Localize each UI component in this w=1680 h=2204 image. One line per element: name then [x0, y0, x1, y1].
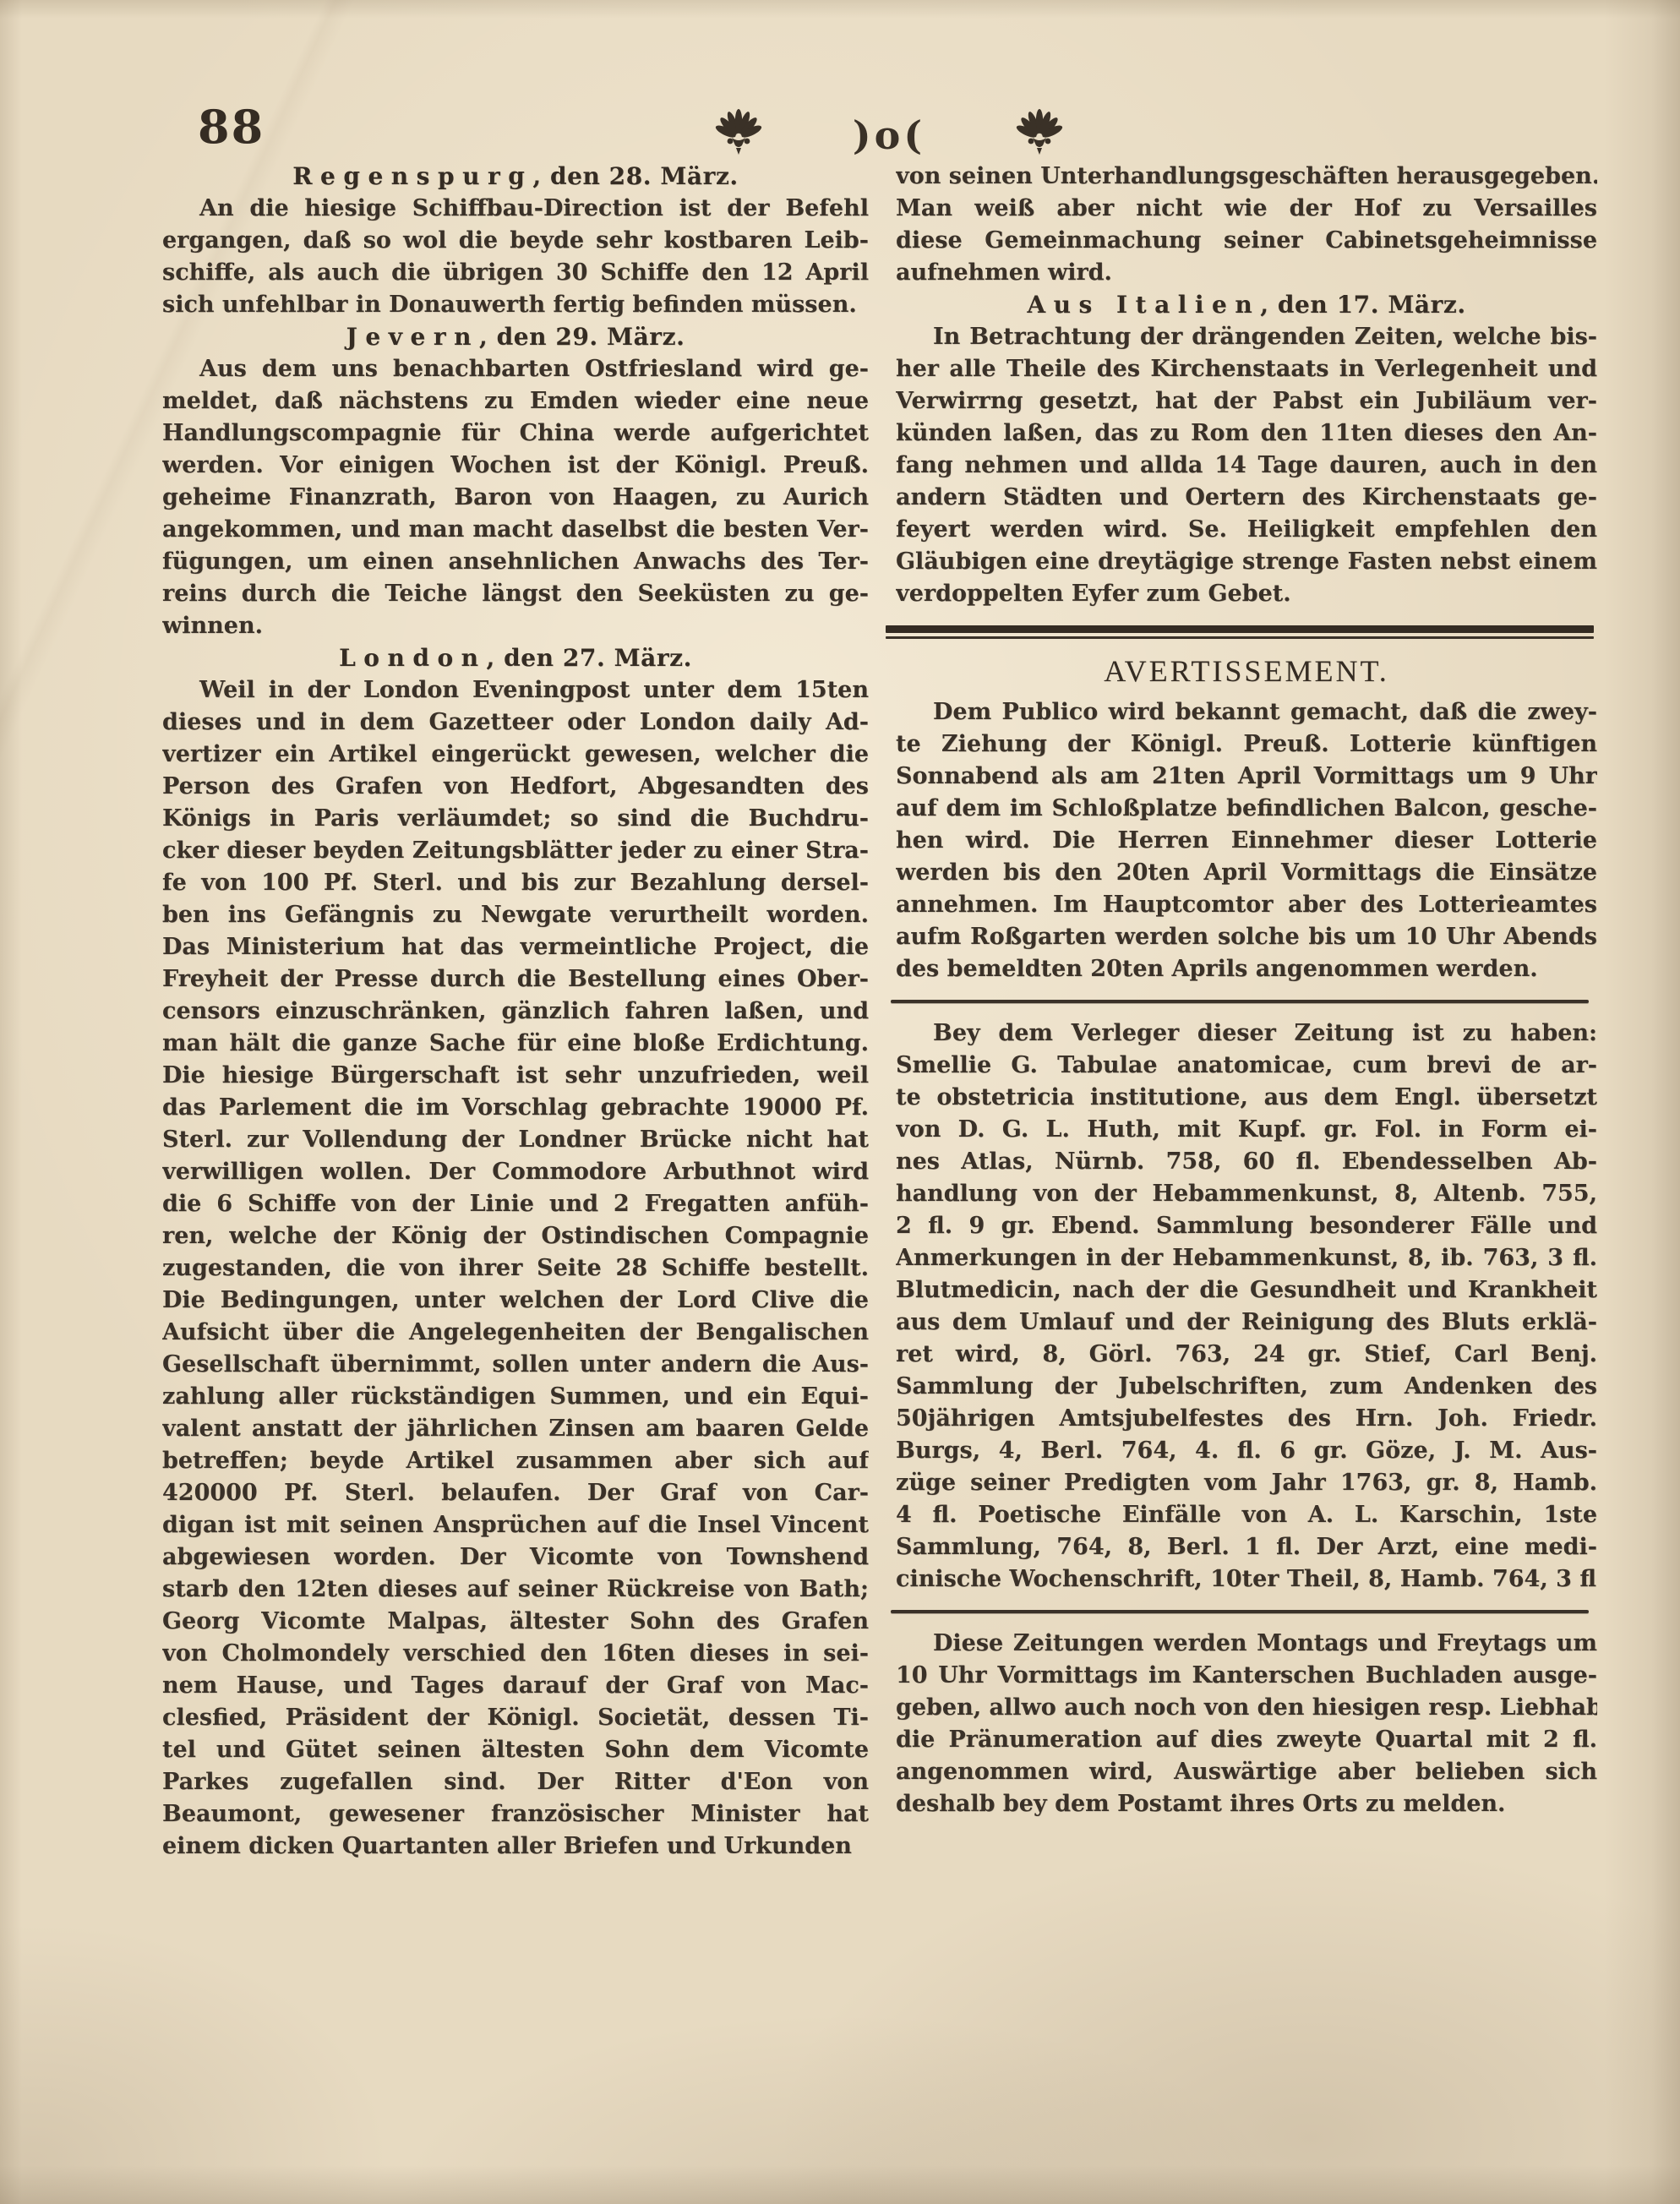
text-line: 50jährigen Amtsjubelfestes des Hrn. Joh.… — [896, 1403, 1597, 1435]
text-line: Königs in Paris verläumdet; so sind die … — [162, 803, 869, 835]
dateline-place: Aus Italien — [1027, 291, 1260, 319]
dateline: Jevern, den 29. März. — [162, 321, 869, 353]
dateline-rest: , den 17. März. — [1260, 291, 1465, 319]
page-number: 88 — [198, 100, 265, 154]
text-line: Handlungscompagnie für China werde aufge… — [162, 417, 869, 450]
text-line: auf dem im Schloßplatze befindlichen Bal… — [896, 793, 1597, 825]
text-line: valent anstatt der jährlichen Zinsen am … — [162, 1413, 869, 1445]
text-line: hen wird. Die Herren Einnehmer dieser Lo… — [896, 825, 1597, 857]
text-line: abgewiesen worden. Der Vicomte von Towns… — [162, 1541, 869, 1574]
text-line: 420000 Pf. Sterl. belaufen. Der Graf von… — [162, 1477, 869, 1509]
text-line: Dem Publico wird bekannt gemacht, daß di… — [896, 696, 1597, 728]
paragraph: Diese Zeitungen werden Montags und Freyt… — [896, 1628, 1597, 1820]
double-rule-thick-bar — [886, 625, 1594, 633]
text-line: zugestanden, die von ihrer Seite 28 Schi… — [162, 1252, 869, 1285]
text-line: cker dieser beyden Zeitungsblätter jeder… — [162, 835, 869, 867]
text-line: Die Bedingungen, unter welchen der Lord … — [162, 1285, 869, 1317]
text-line: In Betrachtung der drängenden Zeiten, we… — [896, 321, 1597, 353]
text-line: meldet, daß nächstens zu Emden wieder ei… — [162, 385, 869, 417]
text-line: Parkes zugefallen sind. Der Ritter d'Eon… — [162, 1766, 869, 1798]
text-line: werden. Vor einigen Wochen ist der König… — [162, 450, 869, 482]
right-column: von seinen Unterhandlungsgeschäften hera… — [896, 161, 1597, 1820]
section-rule — [891, 1000, 1589, 1003]
text-line: Verwirrng gesetzt, hat der Pabst ein Jub… — [896, 385, 1597, 417]
text-line: censors einzuschränken, gänzlich fahren … — [162, 996, 869, 1028]
text-line: von D. G. L. Huth, mit Kupf. gr. Fol. in… — [896, 1114, 1597, 1146]
text-line: deshalb bey dem Postamt ihres Orts zu me… — [896, 1788, 1597, 1820]
text-line: Sonnabend als am 21ten April Vormittags … — [896, 761, 1597, 793]
text-line: An die hiesige Schiffbau-Direction ist d… — [162, 193, 869, 225]
text-line: Die hiesige Bürgerschaft ist sehr unzufr… — [162, 1060, 869, 1092]
text-line: zahlung aller rückständigen Summen, und … — [162, 1381, 869, 1413]
paragraph: von seinen Unterhandlungsgeschäften hera… — [896, 161, 1597, 289]
text-line: Person des Grafen von Hedfort, Abgesandt… — [162, 771, 869, 803]
text-line: Burgs, 4, Berl. 764, 4. fl. 6 gr. Göze, … — [896, 1435, 1597, 1467]
dateline-place: Jevern — [346, 323, 479, 351]
text-line: das Parlement die im Vorschlag gebrachte… — [162, 1092, 869, 1124]
shell-ornament-icon — [1016, 107, 1063, 160]
text-line: von Cholmondely verschied den 16ten dies… — [162, 1638, 869, 1670]
text-line: sich unfehlbar in Donauwerth fertig befi… — [162, 289, 869, 321]
text-line: clesfied, Präsident der Königl. Societät… — [162, 1702, 869, 1734]
dateline: London, den 27. März. — [162, 642, 869, 674]
text-line: handlung von der Hebammenkunst, 8, Alten… — [896, 1178, 1597, 1210]
dateline-rest: , den 29. März. — [479, 323, 685, 351]
dateline-place: Regenspurg — [292, 162, 532, 190]
text-line: 2 fl. 9 gr. Ebend. Sammlung besonderer F… — [896, 1210, 1597, 1242]
text-line: verdoppelten Eyfer zum Gebet. — [896, 578, 1597, 610]
paragraph: An die hiesige Schiffbau-Direction ist d… — [162, 193, 869, 321]
text-line: Diese Zeitungen werden Montags und Freyt… — [896, 1628, 1597, 1660]
section-rule — [891, 1610, 1589, 1613]
text-line: aus dem Umlauf und der Reinigung des Blu… — [896, 1307, 1597, 1339]
text-line: Georg Vicomte Malpas, ältester Sohn des … — [162, 1606, 869, 1638]
header-center-mark: )o( — [853, 112, 925, 158]
paragraph: In Betrachtung der drängenden Zeiten, we… — [896, 321, 1597, 610]
double-rule-thin-bar — [886, 636, 1594, 639]
text-line: aufnehmen wird. — [896, 257, 1597, 289]
text-line: nem Hause, und Tages darauf der Graf von… — [162, 1670, 869, 1702]
advertisement-title: AVERTISSEMENT. — [896, 651, 1597, 691]
text-line: ret wird, 8, Görl. 763, 24 gr. Stief, Ca… — [896, 1339, 1597, 1371]
text-line: dieses und in dem Gazetteer oder London … — [162, 706, 869, 739]
paragraph: Dem Publico wird bekannt gemacht, daß di… — [896, 696, 1597, 985]
text-line: diese Gemeinmachung seiner Cabinetsgehei… — [896, 225, 1597, 257]
text-line: angekommen, und man macht daselbst die b… — [162, 514, 869, 546]
section-double-rule — [886, 625, 1594, 639]
text-line: feyert werden wird. Se. Heiligkeit empfe… — [896, 514, 1597, 546]
text-line: geben, allwo auch noch von den hiesigen … — [896, 1692, 1597, 1724]
text-line: künden laßen, das zu Rom den 11ten diese… — [896, 417, 1597, 450]
text-line: 10 Uhr Vormittags im Kanterschen Buchlad… — [896, 1660, 1597, 1692]
text-line: aufm Roßgarten werden solche bis um 10 U… — [896, 921, 1597, 953]
text-line: nes Atlas, Nürnb. 758, 60 fl. Ebendessel… — [896, 1146, 1597, 1178]
text-line: Aus dem uns benachbarten Ostfriesland wi… — [162, 353, 869, 385]
text-line: Sammlung, 764, 8, Berl. 1 fl. Der Arzt, … — [896, 1531, 1597, 1563]
dateline: Aus Italien, den 17. März. — [896, 289, 1597, 321]
text-line: fe von 100 Pf. Sterl. und bis zur Bezahl… — [162, 867, 869, 899]
text-line: werden bis den 20ten April Vormittags di… — [896, 857, 1597, 889]
dateline-rest: , den 28. März. — [532, 162, 738, 190]
text-line: cinische Wochenschrift, 10ter Theil, 8, … — [896, 1563, 1597, 1596]
text-line: von seinen Unterhandlungsgeschäften hera… — [896, 161, 1597, 193]
header-ornament-row: )o( — [715, 103, 1063, 164]
text-line: die 6 Schiffe von der Linie und 2 Fregat… — [162, 1188, 869, 1220]
text-line: angenommen wird, Auswärtige aber beliebe… — [896, 1756, 1597, 1788]
text-line: Anmerkungen in der Hebammenkunst, 8, ib.… — [896, 1242, 1597, 1274]
text-line: fang nehmen und allda 14 Tage dauren, au… — [896, 450, 1597, 482]
text-line: her alle Theile des Kirchenstaats in Ver… — [896, 353, 1597, 385]
text-line: Gläubigen eine dreytägige strenge Fasten… — [896, 546, 1597, 578]
paragraph: Aus dem uns benachbarten Ostfriesland wi… — [162, 353, 869, 642]
left-column: Regenspurg, den 28. März.An die hiesige … — [162, 161, 869, 1863]
text-line: Beaumont, gewesener französischer Minist… — [162, 1798, 869, 1830]
text-line: Smellie G. Tabulae anatomicae, cum brevi… — [896, 1050, 1597, 1082]
shell-ornament-icon — [715, 107, 762, 160]
text-line: Freyheit der Presse durch die Bestellung… — [162, 963, 869, 996]
text-line: betreffen; beyde Artikel zusammen aber s… — [162, 1445, 869, 1477]
text-line: te Ziehung der Königl. Preuß. Lotterie k… — [896, 728, 1597, 761]
dateline-place: London — [339, 644, 486, 672]
text-line: vertizer ein Artikel eingerückt gewesen,… — [162, 739, 869, 771]
text-line: tel und Gütet seinen ältesten Sohn dem V… — [162, 1734, 869, 1766]
text-line: digan ist mit seinen Ansprüchen auf die … — [162, 1509, 869, 1541]
paragraph: Bey dem Verleger dieser Zeitung ist zu h… — [896, 1017, 1597, 1596]
text-line: des bemeldten 20ten Aprils angenommen we… — [896, 953, 1597, 985]
text-line: ben ins Gefängnis zu Newgate verurtheilt… — [162, 899, 869, 931]
dateline: Regenspurg, den 28. März. — [162, 161, 869, 193]
text-line: Gesellschaft übernimmt, sollen unter and… — [162, 1349, 869, 1381]
text-line: winnen. — [162, 610, 869, 642]
text-line: Weil in der London Eveningpost unter dem… — [162, 674, 869, 706]
paragraph: Weil in der London Eveningpost unter dem… — [162, 674, 869, 1863]
text-line: Sterl. zur Vollendung der Londner Brücke… — [162, 1124, 869, 1156]
text-line: Man weiß aber nicht wie der Hof zu Versa… — [896, 193, 1597, 225]
text-line: ren, welche der König der Ostindischen C… — [162, 1220, 869, 1252]
text-line: ergangen, daß so wol die beyde sehr kost… — [162, 225, 869, 257]
text-line: geheime Finanzrath, Baron von Haagen, zu… — [162, 482, 869, 514]
text-line: Aufsicht über die Angelegenheiten der Be… — [162, 1317, 869, 1349]
text-line: Blutmedicin, nach der die Gesundheit und… — [896, 1274, 1597, 1307]
text-line: starb den 12ten dieses auf seiner Rückre… — [162, 1574, 869, 1606]
text-line: Das Ministerium hat das vermeintliche Pr… — [162, 931, 869, 963]
text-line: 4 fl. Poetische Einfälle von A. L. Karsc… — [896, 1499, 1597, 1531]
text-line: annehmen. Im Hauptcomtor aber des Lotter… — [896, 889, 1597, 921]
text-line: die Pränumeration auf dies zweyte Quarta… — [896, 1724, 1597, 1756]
text-line: züge seiner Predigten vom Jahr 1763, gr.… — [896, 1467, 1597, 1499]
text-line: andern Städten und Oertern des Kirchenst… — [896, 482, 1597, 514]
text-line: reins durch die Teiche längst den Seeküs… — [162, 578, 869, 610]
text-line: verwilligen wollen. Der Commodore Arbuth… — [162, 1156, 869, 1188]
text-line: schiffe, als auch die übrigen 30 Schiffe… — [162, 257, 869, 289]
text-line: Bey dem Verleger dieser Zeitung ist zu h… — [896, 1017, 1597, 1050]
text-line: fügungen, um einen ansehnlichen Anwachs … — [162, 546, 869, 578]
text-line: man hält die ganze Sache für eine bloße … — [162, 1028, 869, 1060]
dateline-rest: , den 27. März. — [487, 644, 692, 672]
text-line: te obstetricia institutione, aus dem Eng… — [896, 1082, 1597, 1114]
text-line: einem dicken Quartanten aller Briefen un… — [162, 1830, 869, 1863]
text-line: Sammlung der Jubelschriften, zum Andenke… — [896, 1371, 1597, 1403]
